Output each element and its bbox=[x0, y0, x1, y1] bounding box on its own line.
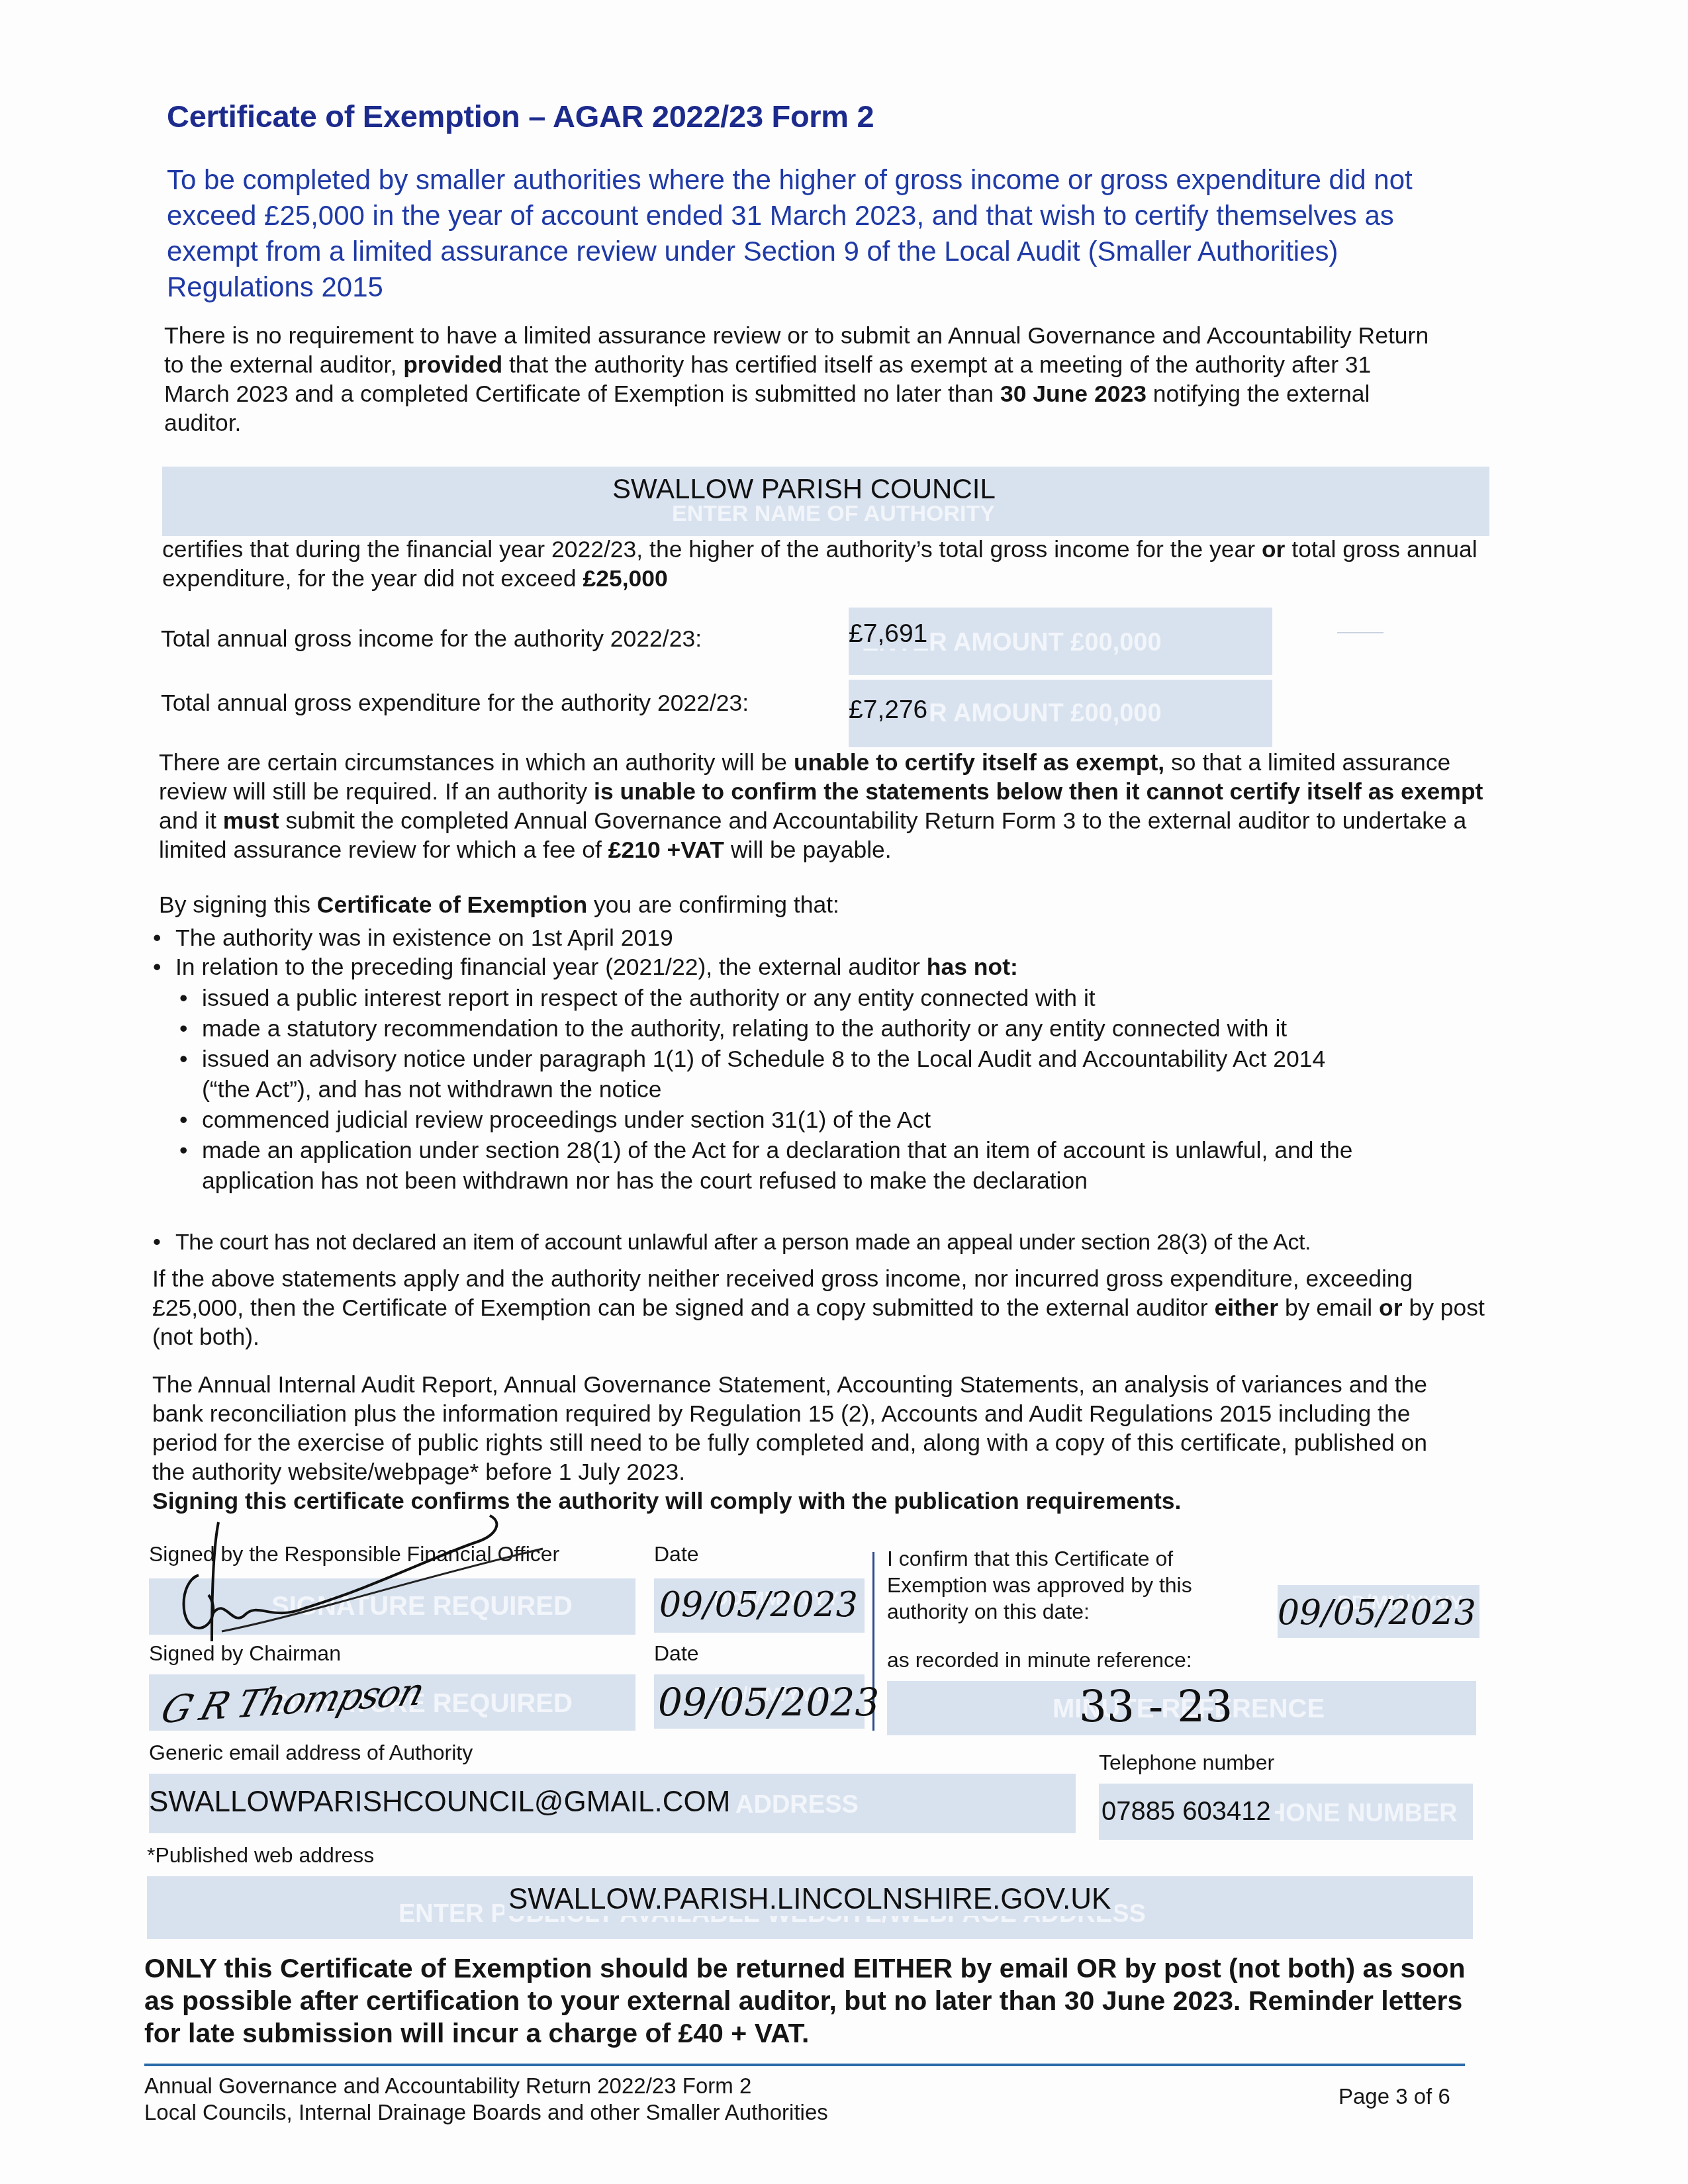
expenditure-field[interactable]: ENTER AMOUNT £00,000 £7,276 bbox=[849, 680, 1272, 747]
footer-rule bbox=[144, 2064, 1465, 2066]
list-item: The authority was in existence on 1st Ap… bbox=[149, 923, 1499, 952]
return-notice: ONLY this Certificate of Exemption shoul… bbox=[144, 1952, 1481, 2050]
email-label: Generic email address of Authority bbox=[149, 1741, 473, 1765]
stray-pen-mark bbox=[1337, 632, 1383, 633]
footer-line-1: Annual Governance and Accountability Ret… bbox=[144, 2073, 828, 2099]
confirming-intro: By signing this Certificate of Exemption… bbox=[159, 890, 839, 919]
list-item: issued a public interest report in respe… bbox=[175, 983, 1486, 1013]
circumstances-paragraph: There are certain circumstances in which… bbox=[159, 748, 1489, 864]
subheading: To be completed by smaller authorities w… bbox=[167, 162, 1464, 305]
chair-date-value: 09/05/2023 bbox=[658, 1680, 879, 1725]
web-address-field[interactable]: ENTER PUBLICLY AVAILABLE WEBSITE/WEBPAGE… bbox=[147, 1876, 1473, 1939]
authority-name-field[interactable]: ENTER NAME OF AUTHORITY SWALLOW PARISH C… bbox=[162, 467, 1489, 536]
list-item: The court has not declared an item of ac… bbox=[149, 1228, 1513, 1257]
certifies-paragraph: certifies that during the financial year… bbox=[162, 535, 1479, 593]
rfo-date-label: Date bbox=[654, 1542, 699, 1567]
chair-date-label: Date bbox=[654, 1641, 699, 1666]
footer-left: Annual Governance and Accountability Ret… bbox=[144, 2073, 828, 2126]
list-item: commenced judicial review proceedings un… bbox=[175, 1105, 1486, 1135]
page-number: Page 3 of 6 bbox=[1338, 2083, 1450, 2110]
income-field[interactable]: ENTER AMOUNT £00,000 £7,691 bbox=[849, 608, 1272, 675]
minute-reference-value: 33 - 23 bbox=[1079, 1681, 1233, 1732]
auditor-has-not-list: issued a public interest report in respe… bbox=[175, 983, 1486, 1196]
web-address-label: *Published web address bbox=[147, 1843, 374, 1868]
email-value: SWALLOWPARISHCOUNCIL@GMAIL.COM bbox=[149, 1786, 730, 1819]
web-address-value: SWALLOW.PARISH.LINCOLNSHIRE.GOV.UK bbox=[504, 1883, 1115, 1916]
rfo-date-field[interactable]: DD/MM/YYYY 09/05/2023 bbox=[654, 1578, 865, 1633]
intro-paragraph: There is no requirement to have a limite… bbox=[164, 321, 1442, 437]
phone-field[interactable]: ENTER PHONE NUMBER 07885 603412 bbox=[1099, 1784, 1473, 1840]
footer-line-2: Local Councils, Internal Drainage Boards… bbox=[144, 2099, 828, 2126]
list-item: In relation to the preceding financial y… bbox=[149, 952, 1499, 981]
phone-value: 07885 603412 bbox=[1102, 1797, 1275, 1827]
expenditure-value: £7,276 bbox=[849, 696, 930, 725]
confirm-approval-label: I confirm that this Certificate of Exemp… bbox=[887, 1545, 1258, 1625]
email-field[interactable]: ENTER EMAIL ADDRESS SWALLOWPARISHCOUNCIL… bbox=[149, 1774, 1076, 1833]
approved-date-value: 09/05/2023 bbox=[1278, 1593, 1476, 1633]
confirmation-list: The authority was in existence on 1st Ap… bbox=[149, 923, 1499, 981]
income-value: £7,691 bbox=[849, 619, 930, 649]
if-apply-paragraph: If the above statements apply and the au… bbox=[152, 1264, 1496, 1351]
expenditure-label: Total annual gross expenditure for the a… bbox=[161, 690, 749, 717]
list-item: made an application under section 28(1) … bbox=[175, 1135, 1486, 1196]
minute-reference-field[interactable]: MINUTE REFERENCE 33 - 23 bbox=[887, 1681, 1476, 1735]
approved-date-field[interactable]: DD/MM/YYYY 09/05/2023 bbox=[1278, 1585, 1479, 1638]
chair-date-field[interactable]: DD/MM/YYYY 09/05/2023 bbox=[654, 1674, 865, 1729]
rfo-date-value: 09/05/2023 bbox=[659, 1585, 858, 1625]
minute-reference-label: as recorded in minute reference: bbox=[887, 1648, 1192, 1672]
chair-signature-field[interactable]: SIGNATURE REQUIRED G R Thompson bbox=[149, 1674, 635, 1731]
list-item: made a statutory recommendation to the a… bbox=[175, 1013, 1486, 1044]
rfo-signature bbox=[172, 1516, 635, 1648]
phone-label: Telephone number bbox=[1099, 1751, 1274, 1775]
court-list: The court has not declared an item of ac… bbox=[149, 1228, 1513, 1257]
income-label: Total annual gross income for the author… bbox=[161, 625, 702, 653]
publication-paragraph: The Annual Internal Audit Report, Annual… bbox=[152, 1370, 1496, 1516]
chair-label: Signed by Chairman bbox=[149, 1641, 341, 1666]
chair-signature: G R Thompson bbox=[156, 1670, 428, 1733]
list-item: issued an advisory notice under paragrap… bbox=[175, 1044, 1486, 1105]
authority-name-value: SWALLOW PARISH COUNCIL bbox=[612, 473, 996, 505]
page-title: Certificate of Exemption – AGAR 2022/23 … bbox=[167, 98, 874, 134]
